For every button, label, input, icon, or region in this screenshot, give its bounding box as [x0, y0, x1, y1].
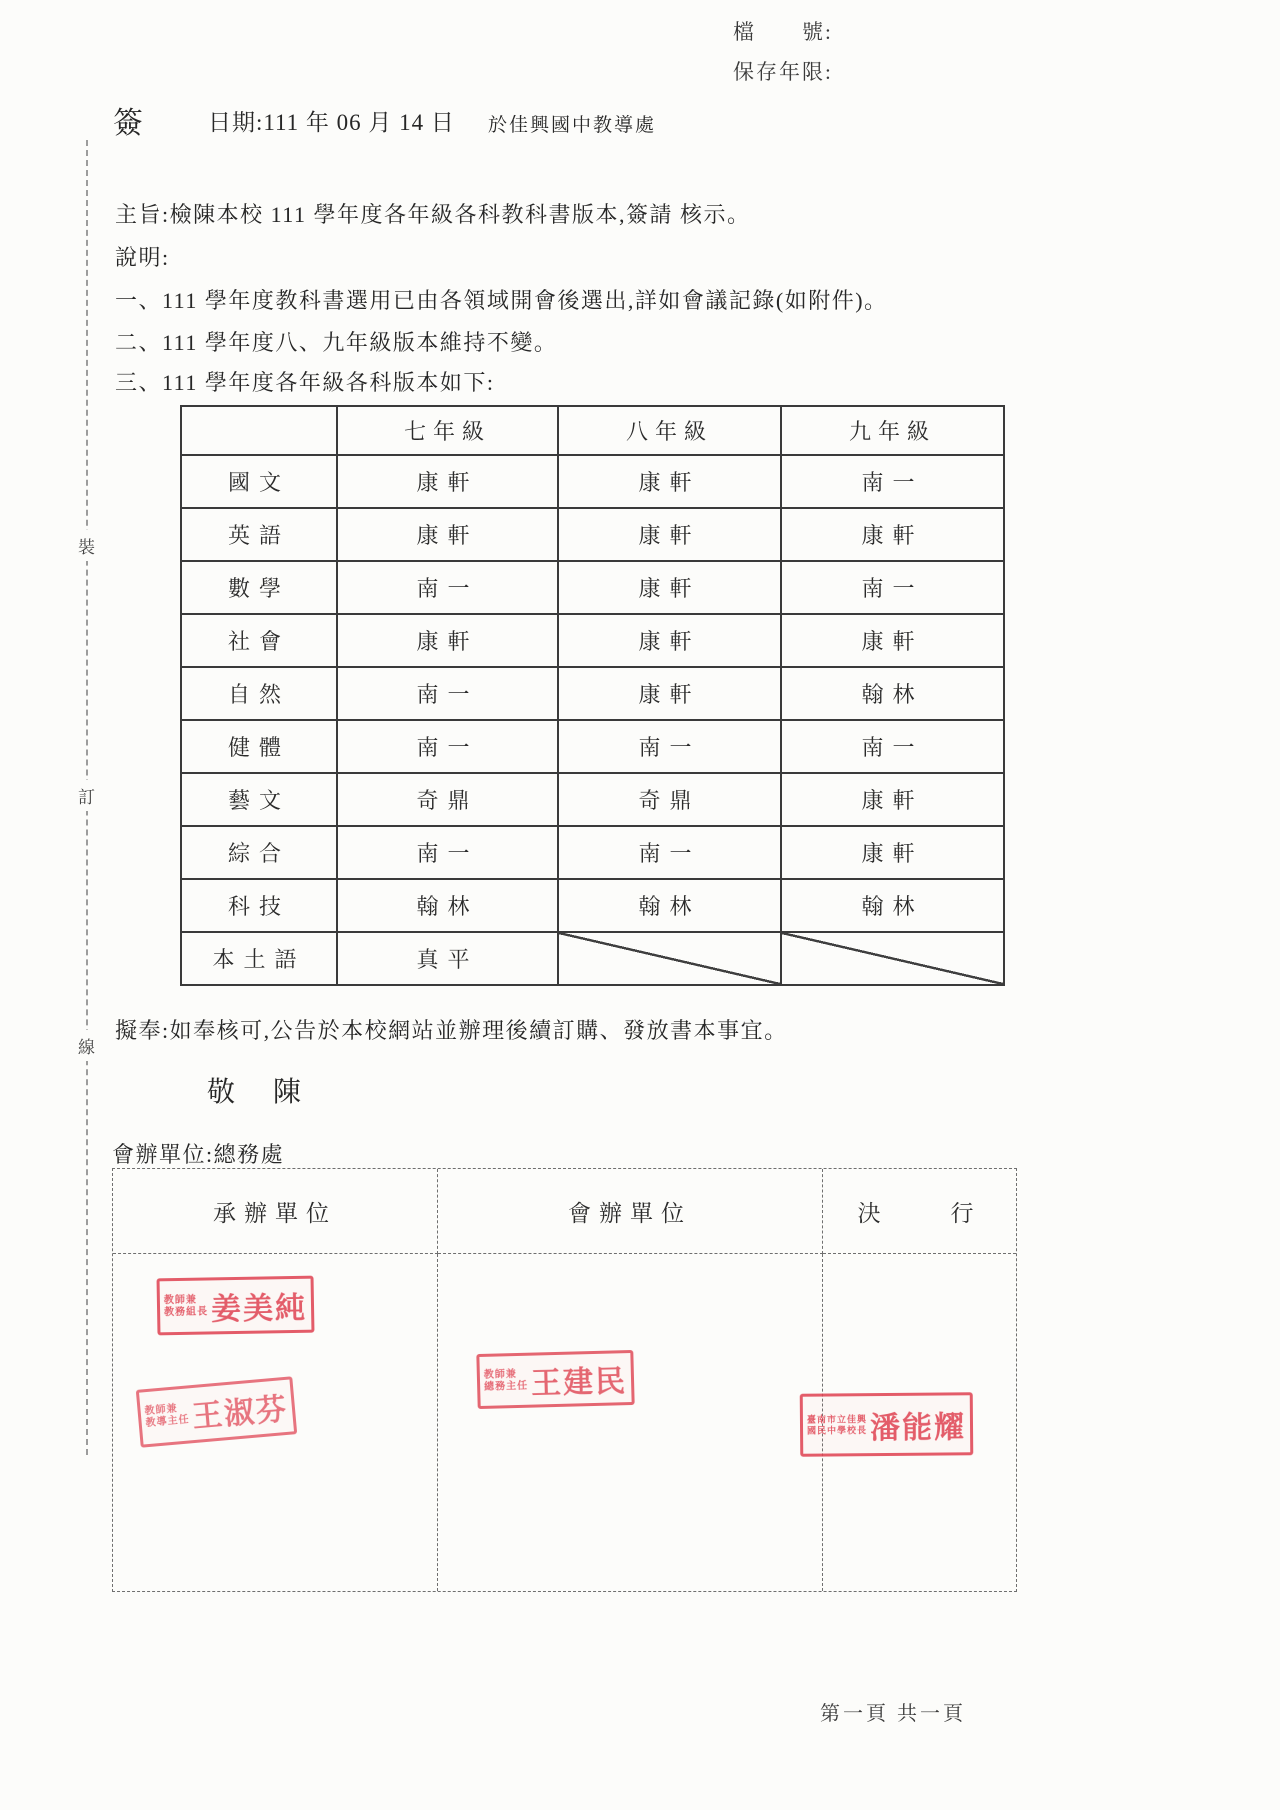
respectfully-presented: 敬 陳: [207, 1070, 306, 1110]
cell-g7: 奇鼎: [337, 773, 558, 826]
cell-g8-crossed-out: [558, 932, 781, 985]
cell-g9: 康軒: [781, 773, 1004, 826]
cell-subject: 英語: [181, 508, 337, 561]
stamp-general-affairs-wang-jianmin: 教師兼 總務主任 王建民: [476, 1350, 634, 1409]
cell-g8: 康軒: [558, 508, 781, 561]
cell-subject: 健體: [181, 720, 337, 773]
cell-g8: 翰林: [558, 879, 781, 932]
cell-subject: 數學: [181, 561, 337, 614]
table-row: 綜合 南一 南一 康軒: [181, 826, 1004, 879]
stamp-registrar-jiang-meichun: 教師兼 教務組長 姜美純: [157, 1276, 315, 1336]
cell-g7: 康軒: [337, 455, 558, 508]
retention-period-label: 保存年限:: [733, 52, 833, 92]
table-row: 社會 康軒 康軒 康軒: [181, 614, 1004, 667]
stamp-title: 教師兼 教務組長: [164, 1294, 208, 1319]
header-empty: [181, 406, 337, 455]
cell-subject: 社會: [181, 614, 337, 667]
approval-col-final-decision: 決 行: [823, 1169, 1016, 1254]
binding-mark-ding: 訂: [77, 780, 96, 811]
cell-g9: 南一: [781, 561, 1004, 614]
cell-g7: 翰林: [337, 879, 558, 932]
cell-g7: 真平: [337, 932, 558, 985]
cell-subject: 綜合: [181, 826, 337, 879]
table-row: 科技 翰林 翰林 翰林: [181, 879, 1004, 932]
stamp-title: 教師兼 總務主任: [484, 1368, 529, 1393]
stamp-title-line1: 臺南市立佳興: [807, 1414, 867, 1425]
table-row: 健體 南一 南一 南一: [181, 720, 1004, 773]
cell-g9: 康軒: [781, 614, 1004, 667]
cell-g9: 康軒: [781, 826, 1004, 879]
stamp-name: 姜美純: [211, 1282, 308, 1328]
cell-g8: 康軒: [558, 667, 781, 720]
cell-subject: 科技: [181, 879, 337, 932]
textbook-table: 七年級 八年級 九年級 國文 康軒 康軒 南一 英語 康軒 康軒 康軒: [180, 405, 1005, 986]
cell-g9: 翰林: [781, 879, 1004, 932]
cell-g7: 南一: [337, 720, 558, 773]
page-number-info: 第一頁 共一頁: [820, 1697, 966, 1726]
table-row: 數學 南一 康軒 南一: [181, 561, 1004, 614]
stamp-name: 王淑芬: [190, 1384, 289, 1436]
cell-g9: 南一: [781, 455, 1004, 508]
stamp-title: 教師兼 教導主任: [144, 1402, 190, 1430]
doc-location: 於佳興國中教導處: [488, 110, 656, 137]
stamp-title-line2: 教導主任: [145, 1414, 190, 1430]
cell-g7: 南一: [337, 826, 558, 879]
co-organizer-line: 會辦單位:總務處: [112, 1138, 284, 1169]
stamp-title-line2: 國民中學校長: [807, 1425, 867, 1436]
cell-g8: 康軒: [558, 561, 781, 614]
table-row: 國文 康軒 康軒 南一: [181, 455, 1004, 508]
approval-col-co-organizer-unit: 會辦單位: [438, 1169, 823, 1254]
scanned-memo-page: 檔 號: 保存年限: 簽 日期:111 年 06 月 14 日 於佳興國中教導處…: [0, 0, 1280, 1810]
binding-mark-xian: 線: [77, 1030, 96, 1061]
explanation-label: 說明:: [115, 241, 170, 272]
stamp-title-line2: 總務主任: [484, 1380, 528, 1393]
cell-subject: 本土語: [181, 932, 337, 985]
cell-g8: 南一: [558, 826, 781, 879]
file-header-block: 檔 號: 保存年限:: [733, 12, 833, 92]
approval-col-undertaking-unit: 承辦單位: [113, 1169, 438, 1254]
cell-g7: 康軒: [337, 508, 558, 561]
cell-subject: 藝文: [181, 773, 337, 826]
approval-cell-co-organizer-unit: [438, 1254, 823, 1591]
stamp-title-line2: 教務組長: [164, 1306, 208, 1319]
cell-g7: 南一: [337, 667, 558, 720]
cell-g9: 康軒: [781, 508, 1004, 561]
header-grade9: 九年級: [781, 406, 1004, 455]
table-header-row: 七年級 八年級 九年級: [181, 406, 1004, 455]
stamp-principal-pan-nengyao: 臺南市立佳興 國民中學校長 潘能耀: [800, 1392, 974, 1457]
table-row: 自然 南一 康軒 翰林: [181, 667, 1004, 720]
explanation-item-3: 三、111 學年度各年級各科版本如下:: [115, 366, 494, 397]
header-grade7: 七年級: [337, 406, 558, 455]
table-row: 本土語 真平: [181, 932, 1004, 985]
doc-type-title: 簽: [113, 98, 145, 142]
binding-mark-zhuang: 裝: [77, 530, 96, 561]
file-number-label: 檔 號:: [733, 12, 833, 52]
cell-g8: 南一: [558, 720, 781, 773]
stamp-title: 臺南市立佳興 國民中學校長: [807, 1414, 867, 1436]
header-grade8: 八年級: [558, 406, 781, 455]
explanation-item-2: 二、111 學年度八、九年級版本維持不變。: [115, 326, 557, 357]
stamp-title-line1: 教師兼: [164, 1294, 208, 1307]
cell-g8: 康軒: [558, 614, 781, 667]
cell-g8: 康軒: [558, 455, 781, 508]
cell-g9-crossed-out: [781, 932, 1004, 985]
proposal-line: 擬奉:如奉核可,公告於本校網站並辦理後續訂購、發放書本事宜。: [115, 1014, 788, 1045]
table-row: 英語 康軒 康軒 康軒: [181, 508, 1004, 561]
stamp-name: 王建民: [530, 1356, 627, 1402]
explanation-item-1: 一、111 學年度教科書選用已由各領域開會後選出,詳如會議記錄(如附件)。: [115, 284, 888, 315]
cell-g8: 奇鼎: [558, 773, 781, 826]
cell-g9: 南一: [781, 720, 1004, 773]
doc-date: 日期:111 年 06 月 14 日: [208, 104, 455, 137]
cell-g7: 康軒: [337, 614, 558, 667]
cell-subject: 國文: [181, 455, 337, 508]
cell-g7: 南一: [337, 561, 558, 614]
stamp-name: 潘能耀: [870, 1402, 966, 1447]
subject-line: 主旨:檢陳本校 111 學年度各年級各科教科書版本,簽請 核示。: [115, 198, 750, 229]
cell-g9: 翰林: [781, 667, 1004, 720]
cell-subject: 自然: [181, 667, 337, 720]
table-row: 藝文 奇鼎 奇鼎 康軒: [181, 773, 1004, 826]
